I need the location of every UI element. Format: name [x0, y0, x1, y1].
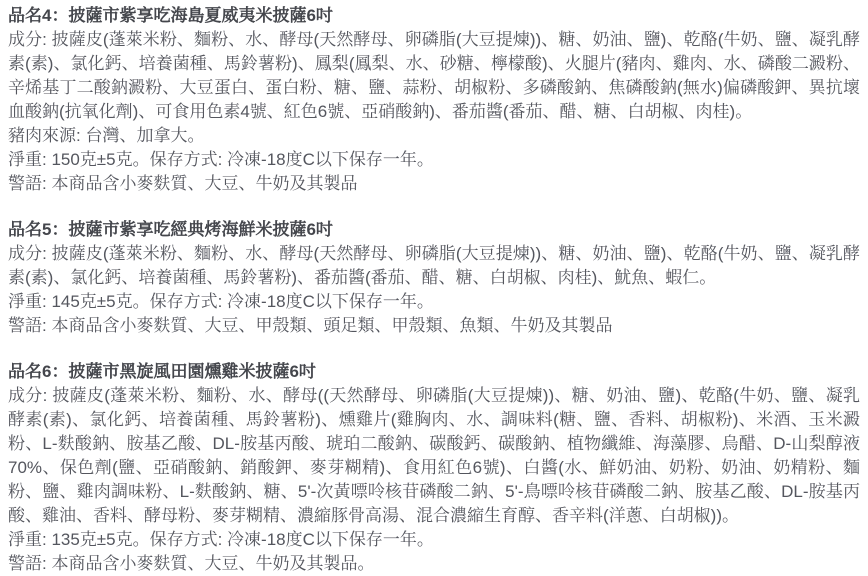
- product-section: 品名6：披薩市黑旋風田園燻雞米披薩6吋 成分: 披薩皮(蓬萊米粉、麵粉、水、酵母…: [8, 360, 860, 576]
- product-info-document: 品名4：披薩市紫享吃海島夏威夷米披薩6吋 成分: 披薩皮(蓬萊米粉、麵粉、水、酵…: [0, 0, 868, 576]
- warning-text: 警語: 本商品含小麥麩質、大豆、牛奶及其製品: [8, 172, 860, 196]
- net-weight-storage-text: 淨重: 150克±5克。保存方式: 冷凍-18度C以下保存一年。: [8, 148, 860, 172]
- ingredients-text: 成分: 披薩皮(蓬萊米粉、麵粉、水、酵母((天然酵母、卵磷脂(大豆提煉))、糖、…: [8, 384, 860, 528]
- product-title: 品名5：披薩市紫享吃經典烤海鮮米披薩6吋: [8, 218, 860, 242]
- net-weight-storage-text: 淨重: 145克±5克。保存方式: 冷凍-18度C以下保存一年。: [8, 290, 860, 314]
- product-section: 品名4：披薩市紫享吃海島夏威夷米披薩6吋 成分: 披薩皮(蓬萊米粉、麵粉、水、酵…: [8, 4, 860, 196]
- net-weight-storage-text: 淨重: 135克±5克。保存方式: 冷凍-18度C以下保存一年。: [8, 528, 860, 552]
- ingredients-text: 成分: 披薩皮(蓬萊米粉、麵粉、水、酵母(天然酵母、卵磷脂(大豆提煉))、糖、奶…: [8, 242, 860, 290]
- ingredients-text: 成分: 披薩皮(蓬萊米粉、麵粉、水、酵母(天然酵母、卵磷脂(大豆提煉))、糖、奶…: [8, 28, 860, 124]
- warning-text: 警語: 本商品含小麥麩質、大豆、牛奶及其製品。: [8, 552, 860, 576]
- pork-source-text: 豬肉來源: 台灣、加拿大。: [8, 124, 860, 148]
- product-section: 品名5：披薩市紫享吃經典烤海鮮米披薩6吋 成分: 披薩皮(蓬萊米粉、麵粉、水、酵…: [8, 218, 860, 338]
- product-title: 品名4：披薩市紫享吃海島夏威夷米披薩6吋: [8, 4, 860, 28]
- product-title: 品名6：披薩市黑旋風田園燻雞米披薩6吋: [8, 360, 860, 384]
- warning-text: 警語: 本商品含小麥麩質、大豆、甲殼類、頭足類、甲殼類、魚類、牛奶及其製品: [8, 314, 860, 338]
